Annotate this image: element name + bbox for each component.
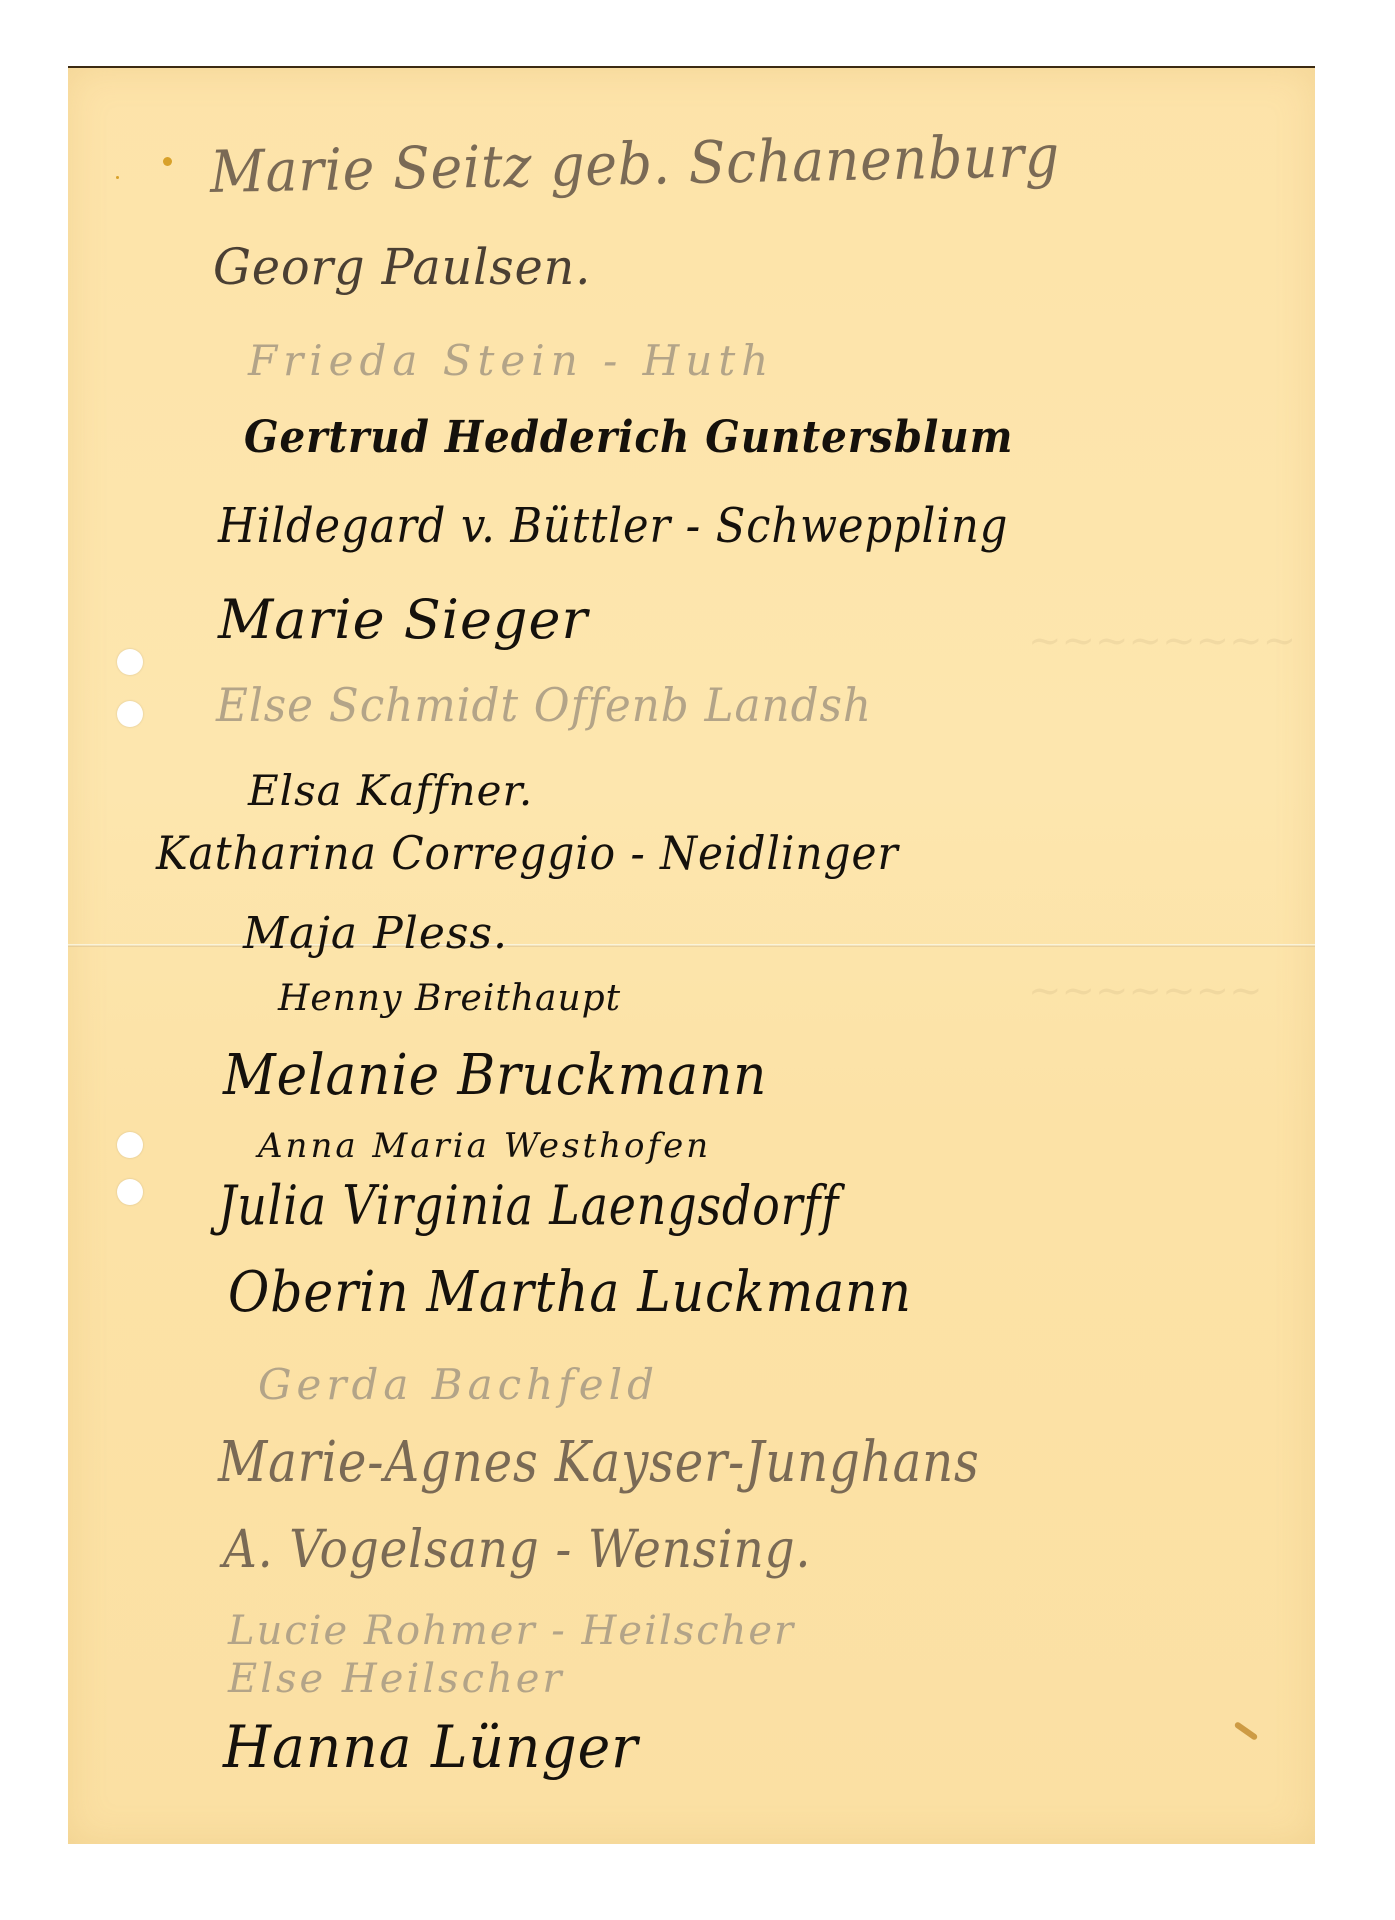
ink-stain	[163, 157, 172, 166]
show-through-text: ~~~~~~~~	[1028, 618, 1296, 664]
signature-5: Hildegard v. Büttler - Schweppling	[218, 498, 1008, 554]
signature-7: Else Schmidt Offenb Landsh	[216, 678, 872, 732]
stain-mark	[1234, 1721, 1259, 1741]
signature-21: Hanna Lünger	[223, 1713, 638, 1781]
signature-16: Gerda Bachfeld	[258, 1360, 659, 1409]
punch-hole	[117, 701, 143, 727]
signature-19: Lucie Rohmer - Heilscher	[228, 1608, 795, 1654]
punch-hole	[117, 1132, 143, 1158]
signature-15: Oberin Martha Luckmann	[228, 1260, 912, 1325]
signature-11: Henny Breithaupt	[278, 978, 621, 1019]
show-through-text: ~~~~~~~	[1028, 968, 1263, 1014]
signature-12: Melanie Bruckmann	[223, 1043, 767, 1108]
punch-hole	[117, 1179, 143, 1205]
signature-13: Anna Maria Westhofen	[258, 1126, 711, 1166]
signature-18: A. Vogelsang - Wensing.	[223, 1520, 811, 1580]
document-paper: ~~~~~~~~ ~~~~~~~ Marie Seitz geb. Schane…	[68, 66, 1315, 1844]
signature-8: Elsa Kaffner.	[248, 766, 533, 815]
signature-6: Marie Sieger	[218, 588, 588, 651]
signature-10: Maja Pless.	[243, 908, 508, 959]
signature-14: Julia Virginia Laengsdorff	[218, 1174, 839, 1237]
signature-1: Marie Seitz geb. Schanenburg	[209, 122, 1060, 206]
signature-9: Katharina Correggio - Neidlinger	[156, 826, 899, 880]
signature-2: Georg Paulsen.	[213, 238, 591, 296]
signature-4: Gertrud Hedderich Guntersblum	[244, 412, 1013, 463]
punch-hole	[117, 649, 143, 675]
ink-stain	[116, 176, 119, 179]
signature-20: Else Heilscher	[228, 1656, 565, 1702]
signature-3: Frieda Stein - Huth	[248, 336, 774, 385]
signature-17: Marie-Agnes Kayser-Junghans	[218, 1430, 980, 1495]
